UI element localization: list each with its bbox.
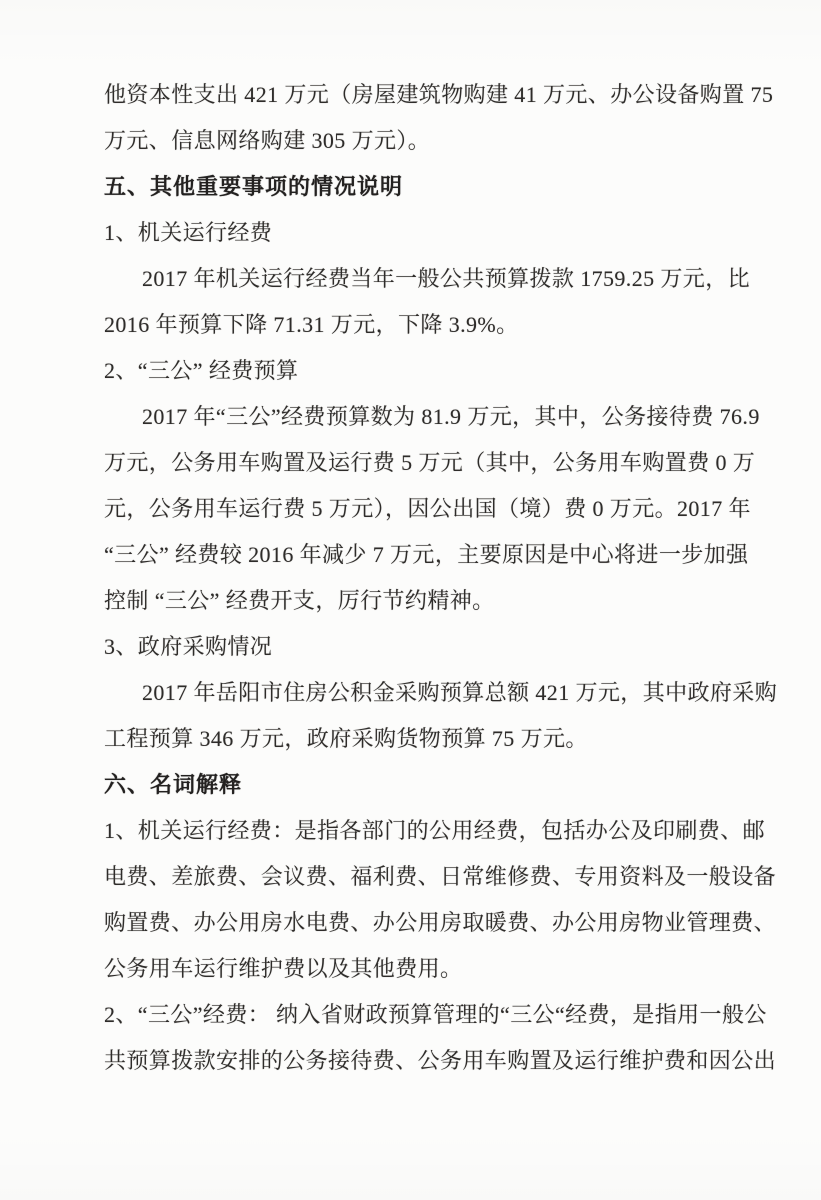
text-line: 购置费、办公用房水电费、办公用房取暖费、办公用房物业管理费、 (104, 898, 744, 944)
section-heading: 六、名词解释 (104, 760, 744, 806)
document-text-block: 他资本性支出 421 万元（房屋建筑物购建 41 万元、办公设备购置 75 万元… (104, 70, 744, 1082)
text-line: 2017 年“三公”经费预算数为 81.9 万元，其中，公务接待费 76.9 (104, 392, 744, 438)
section-heading: 五、其他重要事项的情况说明 (104, 162, 744, 208)
text-line: “三公” 经费较 2016 年减少 7 万元，主要原因是中心将进一步加强 (104, 530, 744, 576)
text-line: 工程预算 346 万元，政府采购货物预算 75 万元。 (104, 714, 744, 760)
text-line: 2016 年预算下降 71.31 万元，下降 3.9%。 (104, 300, 744, 346)
scanned-document-page: 他资本性支出 421 万元（房屋建筑物购建 41 万元、办公设备购置 75 万元… (0, 0, 821, 1200)
text-line: 1、机关运行经费：是指各部门的公用经费，包括办公及印刷费、邮 (104, 806, 744, 852)
text-line: 电费、差旅费、会议费、福利费、日常维修费、专用资料及一般设备 (104, 852, 744, 898)
text-line: 共预算拨款安排的公务接待费、公务用车购置及运行维护费和因公出 (104, 1036, 744, 1082)
text-line: 2017 年机关运行经费当年一般公共预算拨款 1759.25 万元，比 (104, 254, 744, 300)
text-line: 2017 年岳阳市住房公积金采购预算总额 421 万元，其中政府采购 (104, 668, 744, 714)
text-line: 元，公务用车运行费 5 万元），因公出国（境）费 0 万元。2017 年 (104, 484, 744, 530)
sub-heading: 2、“三公” 经费预算 (104, 346, 744, 392)
text-line: 公务用车运行维护费以及其他费用。 (104, 944, 744, 990)
text-line: 万元、信息网络购建 305 万元）。 (104, 116, 744, 162)
text-line: 控制 “三公” 经费开支，厉行节约精神。 (104, 576, 744, 622)
text-line: 万元，公务用车购置及运行费 5 万元（其中，公务用车购置费 0 万 (104, 438, 744, 484)
text-line: 他资本性支出 421 万元（房屋建筑物购建 41 万元、办公设备购置 75 (104, 70, 744, 116)
text-line: 2、“三公”经费： 纳入省财政预算管理的“三公“经费，是指用一般公 (104, 990, 744, 1036)
sub-heading: 1、机关运行经费 (104, 208, 744, 254)
sub-heading: 3、政府采购情况 (104, 622, 744, 668)
